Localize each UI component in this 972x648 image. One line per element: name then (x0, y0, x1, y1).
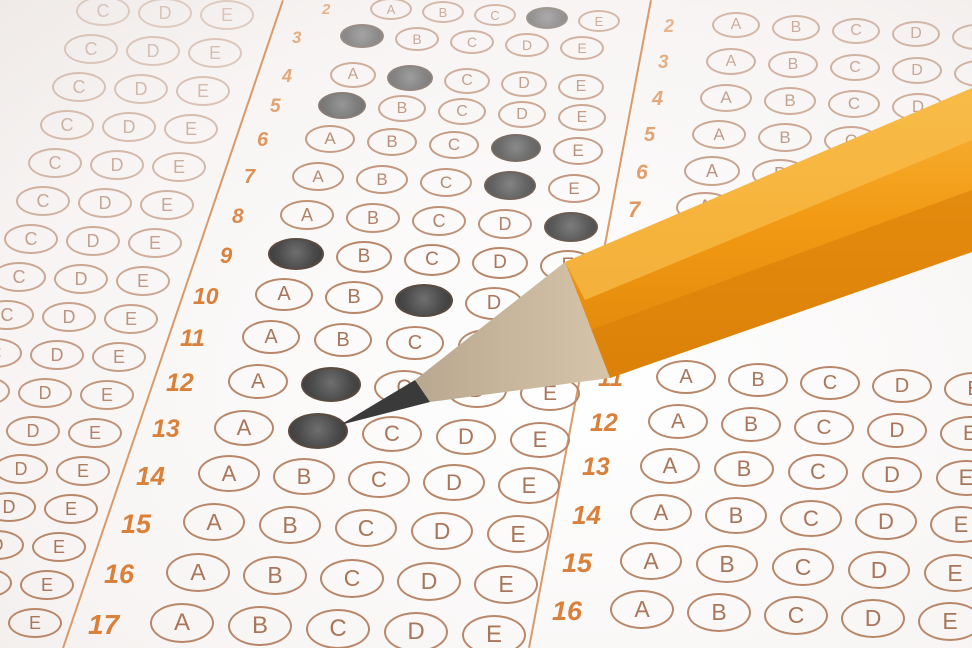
answer-bubble-a[interactable]: A (610, 590, 674, 629)
answer-bubble-e[interactable]: E (930, 506, 972, 543)
answer-bubble-b[interactable]: B (768, 51, 818, 78)
answer-bubble-d[interactable]: D (841, 599, 905, 638)
answer-bubble-c[interactable]: C (374, 370, 434, 405)
answer-bubble-e[interactable]: E (940, 416, 972, 451)
question-number: 2 (664, 16, 674, 37)
answer-bubble-a[interactable]: A (648, 404, 708, 439)
answer-bubble-e[interactable]: E (954, 60, 972, 87)
answer-bubble-d[interactable]: D (458, 329, 516, 363)
answer-bubble-c[interactable]: C (28, 148, 82, 178)
answer-bubble-c[interactable]: C (420, 168, 472, 197)
answer-bubble-b[interactable]: B (758, 123, 812, 152)
answer-bubble-c[interactable]: C (824, 126, 878, 155)
answer-bubble-b[interactable]: B (273, 458, 335, 495)
answer-bubble-a[interactable]: A (214, 410, 274, 446)
answer-bubble-a[interactable]: A (166, 553, 230, 592)
answer-bubble-b[interactable]: B (228, 606, 292, 646)
answer-bubble-d[interactable]: D (6, 416, 60, 446)
answer-bubble-e[interactable]: E (8, 608, 62, 638)
question-number: 4 (282, 66, 292, 87)
answer-bubble-b[interactable]: B (336, 241, 392, 273)
answer-bubble-e[interactable]: E (20, 570, 74, 600)
answer-bubble-a[interactable]: A (292, 162, 344, 191)
answer-bubble-c[interactable]: C (348, 461, 410, 498)
answer-bubble-a[interactable]: A (712, 12, 760, 38)
answer-bubble-a[interactable]: A (706, 48, 756, 75)
answer-bubble-c[interactable]: C (16, 186, 70, 216)
answer-bubble-c[interactable]: C (832, 18, 880, 44)
answer-bubble-d[interactable]: D (30, 340, 84, 370)
answer-bubble-e[interactable]: E (487, 515, 549, 553)
answer-bubble-e[interactable]: E (68, 418, 122, 448)
answer-bubble-c[interactable]: C (320, 559, 384, 598)
bubble-answer-sheet: 2ABCDE3ABCDE4ABCDE5ABCDE6ABCDE7ABCDE8ABC… (0, 0, 972, 648)
question-number: 15 (562, 548, 592, 579)
answer-bubble-c[interactable]: C (52, 72, 106, 102)
answer-bubble-a[interactable]: A (318, 92, 366, 119)
answer-bubble-b[interactable]: B (721, 407, 781, 442)
answer-bubble-a[interactable]: A (305, 125, 355, 153)
answer-bubble-b[interactable]: B (728, 363, 788, 397)
answer-bubble-a[interactable]: A (268, 238, 324, 270)
answer-bubble-a[interactable]: A (700, 84, 752, 112)
answer-bubble-e[interactable]: E (462, 615, 526, 648)
answer-bubble-d[interactable]: D (90, 150, 144, 180)
answer-bubble-a[interactable]: A (183, 503, 245, 541)
answer-bubble-e[interactable]: E (944, 372, 972, 406)
answer-bubble-c[interactable]: C (0, 376, 10, 406)
question-number: 3 (292, 28, 301, 48)
answer-bubble-c[interactable]: C (76, 0, 130, 26)
answer-bubble-e[interactable]: E (558, 104, 606, 131)
question-number: 8 (232, 205, 244, 229)
answer-bubble-b[interactable]: B (356, 165, 408, 194)
answer-bubble-d[interactable]: D (484, 171, 536, 200)
answer-bubble-c[interactable]: C (830, 54, 880, 81)
answer-bubble-d[interactable]: D (890, 129, 944, 158)
answer-bubble-c[interactable]: C (306, 609, 370, 648)
answer-bubble-b[interactable]: B (243, 556, 307, 595)
answer-bubble-b[interactable]: B (705, 497, 767, 534)
answer-bubble-d[interactable]: D (526, 7, 568, 29)
question-number: 12 (166, 369, 194, 398)
answer-bubble-c[interactable]: C (412, 206, 466, 236)
answer-bubble-d[interactable]: D (872, 369, 932, 403)
answer-bubble-c[interactable]: C (4, 224, 58, 254)
answer-bubble-b[interactable]: B (387, 65, 433, 91)
answer-bubble-c[interactable]: C (64, 34, 118, 64)
question-number: 14 (572, 500, 601, 531)
answer-bubble-c[interactable]: C (780, 500, 842, 537)
answer-bubble-e[interactable]: E (544, 212, 598, 242)
answer-bubble-c[interactable]: C (816, 198, 874, 229)
answer-bubble-c[interactable]: C (335, 509, 397, 547)
answer-bubble-a[interactable]: A (692, 120, 746, 149)
answer-bubble-d[interactable]: D (384, 612, 448, 648)
answer-bubble-b[interactable]: B (746, 195, 804, 226)
answer-bubble-d[interactable]: D (892, 93, 944, 121)
answer-bubble-c[interactable]: C (0, 338, 22, 368)
question-number: 11 (598, 365, 623, 393)
answer-bubble-d[interactable]: D (0, 530, 24, 560)
answer-bubble-d[interactable]: D (114, 74, 168, 104)
answer-bubble-e[interactable]: E (128, 228, 182, 258)
answer-bubble-d[interactable]: D (0, 492, 36, 522)
answer-bubble-e[interactable]: E (498, 467, 560, 504)
answer-bubble-b[interactable]: B (395, 27, 439, 51)
answer-bubble-d[interactable]: D (66, 226, 120, 256)
answer-bubble-d[interactable]: D (447, 373, 507, 408)
question-number: 16 (104, 559, 134, 590)
answer-bubble-e[interactable]: E (952, 24, 972, 50)
answer-bubble-e[interactable]: E (140, 190, 194, 220)
answer-bubble-d[interactable]: D (491, 134, 541, 162)
answer-bubble-d[interactable]: D (472, 247, 528, 279)
question-number: 7 (628, 197, 640, 223)
answer-bubble-d[interactable]: D (0, 454, 48, 484)
answer-bubble-d[interactable]: D (886, 201, 944, 232)
answer-bubble-a[interactable]: A (676, 192, 734, 223)
answer-bubble-e[interactable]: E (918, 602, 972, 641)
answer-bubble-d[interactable]: D (0, 568, 12, 598)
answer-bubble-e[interactable]: E (474, 565, 538, 604)
answer-bubble-b[interactable]: B (422, 1, 464, 23)
answer-bubble-a[interactable]: A (620, 542, 682, 580)
question-number: 7 (244, 166, 255, 189)
answer-bubble-d[interactable]: D (501, 71, 547, 97)
answer-bubble-d[interactable]: D (892, 57, 942, 84)
answer-bubble-c[interactable]: C (404, 244, 460, 276)
answer-bubble-e[interactable]: E (548, 174, 600, 203)
answer-bubble-c[interactable]: C (395, 284, 453, 317)
answer-bubble-d[interactable]: D (126, 36, 180, 66)
answer-bubble-e[interactable]: E (956, 168, 972, 198)
answer-bubble-e[interactable]: E (956, 96, 972, 124)
answer-bubble-a[interactable]: A (370, 0, 412, 20)
answer-bubble-c[interactable]: C (444, 68, 490, 94)
answer-bubble-d[interactable]: D (42, 302, 96, 332)
answer-bubble-d[interactable]: D (867, 413, 927, 448)
answer-bubble-c[interactable]: C (828, 90, 880, 118)
answer-bubble-b[interactable]: B (752, 159, 808, 189)
answer-bubble-b[interactable]: B (346, 203, 400, 233)
question-number: 5 (270, 96, 281, 118)
answer-bubble-e[interactable]: E (176, 76, 230, 106)
answer-bubble-c[interactable]: C (474, 4, 516, 26)
answer-sheet-photo: 2ABCDE3ABCDE4ABCDE5ABCDE6ABCDE7ABCDE8ABC… (0, 0, 972, 648)
answer-bubble-e[interactable]: E (116, 266, 170, 296)
answer-bubble-a[interactable]: A (242, 320, 300, 354)
question-number: 13 (152, 415, 180, 444)
answer-bubble-e[interactable]: E (530, 332, 588, 366)
answer-bubble-b[interactable]: B (378, 95, 426, 122)
answer-bubble-a[interactable]: A (228, 364, 288, 399)
question-number: 2 (322, 1, 330, 18)
question-number: 6 (257, 129, 268, 152)
answer-bubble-d[interactable]: D (892, 21, 940, 47)
answer-bubble-d[interactable]: D (78, 188, 132, 218)
answer-bubble-c[interactable]: C (772, 548, 834, 586)
answer-bubble-d[interactable]: D (18, 378, 72, 408)
answer-bubble-d[interactable]: D (465, 287, 523, 320)
answer-bubble-d[interactable]: D (855, 503, 917, 540)
answer-bubble-d[interactable]: D (888, 165, 944, 195)
question-number: 3 (658, 52, 669, 74)
answer-bubble-b[interactable]: B (314, 323, 372, 357)
answer-bubble-e[interactable]: E (200, 0, 254, 30)
answer-bubble-e[interactable]: E (578, 10, 620, 32)
answer-bubble-a[interactable]: A (198, 455, 260, 492)
answer-bubble-d[interactable]: D (397, 562, 461, 601)
answer-bubble-c[interactable]: C (794, 410, 854, 445)
answer-bubble-e[interactable]: E (924, 554, 972, 592)
answer-bubble-c[interactable]: C (40, 110, 94, 140)
question-number: 4 (652, 88, 663, 111)
answer-bubble-e[interactable]: E (188, 38, 242, 68)
question-number: 5 (644, 124, 655, 147)
answer-bubble-d[interactable]: D (848, 551, 910, 589)
answer-bubble-b[interactable]: B (367, 128, 417, 156)
answer-bubble-a[interactable]: A (684, 156, 740, 186)
answer-bubble-a[interactable]: A (340, 24, 384, 48)
answer-bubble-e[interactable]: E (164, 114, 218, 144)
answer-bubble-e[interactable]: E (56, 456, 110, 486)
question-number: 11 (180, 325, 205, 353)
answer-bubble-d[interactable]: D (478, 209, 532, 239)
answer-bubble-e[interactable]: E (560, 36, 604, 60)
answer-bubble-e[interactable]: E (558, 74, 604, 100)
answer-bubble-e[interactable]: E (510, 422, 570, 458)
answer-bubble-e[interactable]: E (80, 380, 134, 410)
answer-bubble-c[interactable]: C (362, 416, 422, 452)
answer-bubble-d[interactable]: D (436, 419, 496, 455)
answer-bubble-b[interactable]: B (325, 281, 383, 314)
answer-bubble-e[interactable]: E (553, 137, 603, 165)
answer-bubble-c[interactable]: C (788, 454, 848, 490)
answer-bubble-d[interactable]: D (138, 0, 192, 28)
answer-bubble-a[interactable]: A (656, 360, 716, 394)
answer-bubble-c[interactable]: C (0, 262, 46, 292)
answer-bubble-b[interactable]: B (772, 15, 820, 41)
question-number: 10 (193, 283, 219, 310)
question-number: 12 (590, 409, 618, 438)
answer-bubble-e[interactable]: E (32, 532, 86, 562)
answer-bubble-e[interactable]: E (104, 304, 158, 334)
question-number: 14 (136, 461, 165, 492)
answer-bubble-b[interactable]: B (714, 451, 774, 487)
answer-bubble-e[interactable]: E (520, 376, 580, 411)
answer-bubble-b[interactable]: B (687, 593, 751, 632)
answer-bubble-c[interactable]: C (429, 131, 479, 159)
answer-bubble-c[interactable]: C (0, 300, 34, 330)
answer-bubble-a[interactable]: A (150, 603, 214, 643)
answer-bubble-d[interactable]: D (411, 512, 473, 550)
answer-bubble-a[interactable]: A (255, 278, 313, 311)
question-number: 13 (582, 453, 610, 482)
answer-bubble-c[interactable]: C (386, 326, 444, 360)
answer-bubble-c[interactable]: C (800, 366, 860, 400)
answer-bubble-e[interactable]: E (535, 290, 593, 323)
answer-bubble-c[interactable]: C (438, 98, 486, 125)
answer-bubble-d[interactable]: D (54, 264, 108, 294)
answer-bubble-d[interactable]: D (505, 33, 549, 57)
answer-bubble-d[interactable]: D (102, 112, 156, 142)
answer-bubble-a[interactable]: A (630, 494, 692, 531)
answer-bubble-e[interactable]: E (540, 250, 596, 282)
question-number: 15 (121, 509, 151, 540)
answer-bubble-a[interactable]: A (280, 200, 334, 230)
answer-bubble-a[interactable]: A (330, 62, 376, 88)
answer-bubble-c[interactable]: C (450, 30, 494, 54)
answer-bubble-d[interactable]: D (862, 457, 922, 493)
answer-bubble-b[interactable]: B (288, 413, 348, 449)
answer-bubble-c[interactable]: C (764, 596, 828, 635)
question-number: 6 (636, 161, 648, 185)
question-number: 9 (220, 243, 232, 269)
question-number: 16 (552, 596, 582, 627)
answer-bubble-d[interactable]: D (498, 101, 546, 128)
answer-bubble-b[interactable]: B (696, 545, 758, 583)
answer-bubble-c[interactable]: C (820, 162, 876, 192)
question-number: 17 (88, 609, 119, 641)
answer-bubble-e[interactable]: E (956, 132, 972, 161)
answer-bubble-b[interactable]: B (764, 87, 816, 115)
answer-bubble-e[interactable]: E (44, 494, 98, 524)
answer-bubble-e[interactable]: E (92, 342, 146, 372)
answer-bubble-b[interactable]: B (259, 506, 321, 544)
answer-bubble-b[interactable]: B (301, 367, 361, 402)
answer-bubble-e[interactable]: E (152, 152, 206, 182)
answer-bubble-d[interactable]: D (423, 464, 485, 501)
answer-bubble-a[interactable]: A (640, 448, 700, 484)
answer-bubble-e[interactable]: E (956, 204, 972, 235)
answer-bubble-e[interactable]: E (936, 460, 972, 496)
